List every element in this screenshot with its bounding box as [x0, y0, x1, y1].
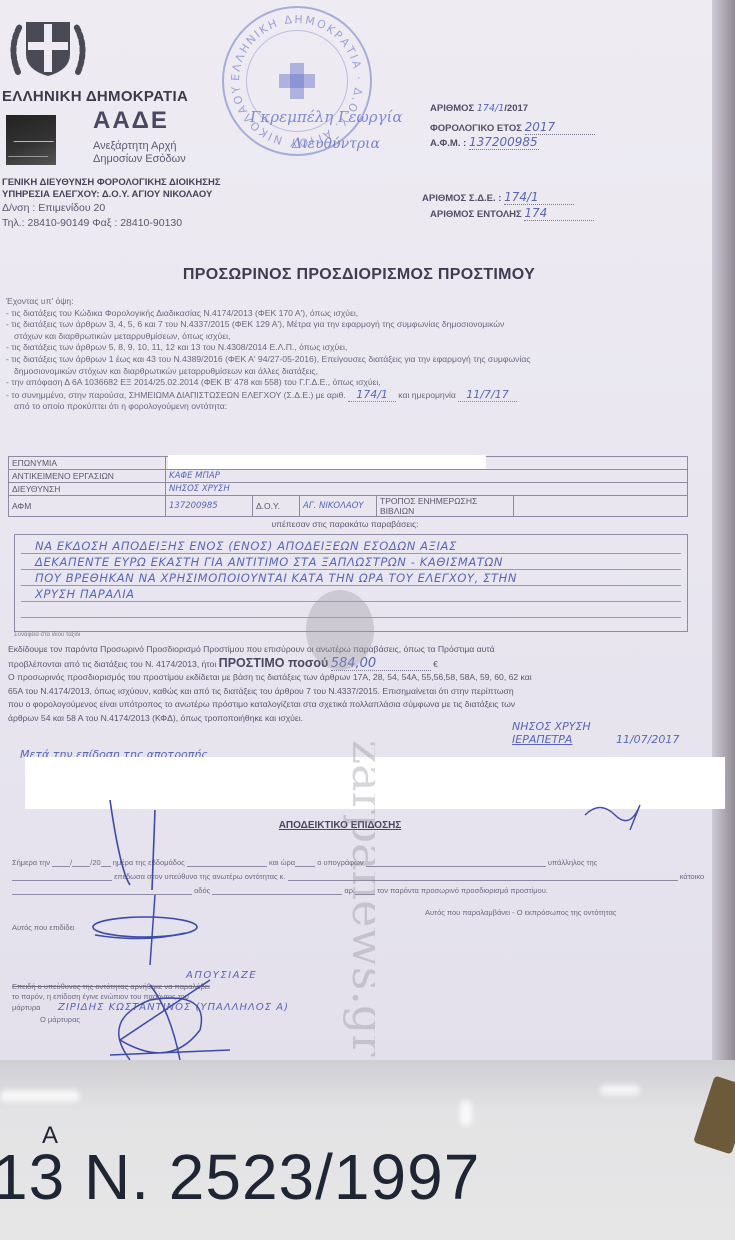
- svg-text:zarpanews.gr: zarpanews.gr: [342, 740, 375, 1056]
- doc-number-value: 174/1: [477, 103, 504, 114]
- stamp-role: Διευθύντρια: [292, 136, 380, 152]
- legal-line: - την απόφαση Δ 6Α 1036682 ΕΞ 2014/25.02…: [6, 377, 706, 389]
- law-reference-label: 13Α Ν. 2523/1997: [0, 1140, 480, 1214]
- issue-date: 11/07/2017: [616, 733, 679, 746]
- republic-heading: ΕΛΛΗΝΙΚΗ ΔΗΜΟΚΡΑΤΙΑ: [2, 88, 188, 105]
- law-number: Ν. 2523/1997: [84, 1141, 480, 1213]
- sde-label: ΑΡΙΘΜΟΣ Σ.Δ.Ε. :: [422, 193, 501, 204]
- legal-line: στόχων και διαρθρωτικών μεταρρυθμίσεων, …: [6, 331, 706, 343]
- afm-label: Α.Φ.Μ. :: [430, 138, 466, 149]
- legal-line: Έχοντας υπ' όψη:: [6, 296, 706, 308]
- receipt-text: κάτοικο: [680, 872, 705, 881]
- row-label: ΑΝΤΙΚΕΙΜΕΝΟ ΕΡΓΑΣΙΩΝ: [9, 470, 166, 483]
- receipt-text: Σήμερα την: [12, 858, 50, 867]
- receipt-text: /20: [90, 858, 100, 867]
- sde-ref-date: 11/7/17: [458, 388, 516, 402]
- agency-subtitle: Ανεξάρτητη Αρχή Δημοσίων Εσόδων: [93, 140, 186, 166]
- table-row: ΑΦΜ 137200985 Δ.Ο.Υ. ΑΓ. ΝΙΚΟΛΑΟΥ ΤΡΟΠΟΣ…: [9, 496, 688, 517]
- violation-note: Συνάφεια στα ίδιου ταξίδι: [14, 632, 80, 638]
- legal-line: - τις διατάξεις των άρθρων 1 έως και 43 …: [6, 354, 706, 366]
- sde-number: ΑΡΙΘΜΟΣ Σ.Δ.Ε. : 174/1: [422, 190, 574, 205]
- receipt-text: ημέρα της εβδομάδος: [113, 858, 185, 867]
- receipt-text: επέδωσα στον υπεύθυνο της ανωτέρω οντότη…: [114, 872, 285, 881]
- tax-year-value: 2017: [525, 120, 595, 135]
- giver-label: Αυτός που επιδίδει: [12, 923, 75, 932]
- refusal-line-3: μάρτυρα: [12, 1003, 40, 1012]
- row-label: ΔΙΕΥΘΥΝΣΗ: [9, 483, 166, 496]
- violation-line: ΧΡΥΣΗ ΠΑΡΑΛΙΑ: [35, 587, 135, 601]
- issue-place-2: ΙΕΡΑΠΕΤΡΑ: [512, 733, 572, 746]
- receipt-text: οδός: [194, 886, 210, 895]
- address: Δ/νση : Επιμενίδου 20: [2, 201, 182, 216]
- legal-basis: Έχοντας υπ' όψη: - τις διατάξεις του Κώδ…: [6, 296, 706, 413]
- order-value: 174: [524, 206, 594, 221]
- legal-line: - τις διατάξεις του Κώδικα Φορολογικής Δ…: [6, 308, 706, 320]
- violation-line: ΠΟΥ ΒΡΕΘΗΚΑΝ ΝΑ ΧΡΗΣΙΜΟΠΟΙΟΥΝΤΑΙ ΚΑΤΑ ΤΗ…: [35, 571, 517, 585]
- row-label: ΕΠΩΝΥΜΙΑ: [9, 457, 166, 470]
- agency-name: ΑΑΔΕ: [93, 107, 169, 135]
- violation-line: ΝΑ ΕΚΔΟΣΗ ΑΠΟΔΕΙΞΗΣ ΕΝΟΣ (ΕΝΟΣ) ΑΠΟΔΕΙΞΕ…: [35, 539, 457, 553]
- afm-value: 137200985: [469, 135, 539, 150]
- refusal-line-1: Επειδή ο υπεύθυνος της οντότητας αρνήθηκ…: [12, 982, 210, 991]
- page-edge-shadow: [712, 0, 735, 1080]
- legal-line: - τις διατάξεις των άρθρων 3, 4, 5, 6 κα…: [6, 319, 706, 331]
- doy-value: ΑΓ. ΝΙΚΟΛΑΟΥ: [300, 496, 377, 517]
- rule-line: [21, 569, 681, 570]
- receipt-text: υπάλληλος της: [548, 858, 597, 867]
- glare: [460, 1100, 472, 1126]
- row-value: ΝΗΣΟΣ ΧΡΥΣΗ: [166, 483, 688, 496]
- receipt-line-3: οδός αρ. τον παρόντα προσωρινό προσδιορι…: [12, 886, 548, 895]
- phone-fax: Τηλ.: 28410-90149 Φαξ : 28410-90130: [2, 216, 182, 231]
- legal-line: δημοσιονομικών στόχων και διαρθρωτικών μ…: [6, 366, 706, 378]
- books-value: [514, 496, 688, 517]
- row-value: ΚΑΦΕ ΜΠΑΡ: [166, 470, 688, 483]
- agency-subtitle-line1: Ανεξάρτητη Αρχή: [93, 140, 186, 153]
- violation-line: ΔΕΚΑΠΕΝΤΕ ΕΥΡΩ ΕΚΑΣΤΗ ΓΙΑ ΑΝΤΙΤΙΜΟ ΣΤΑ Ξ…: [35, 555, 503, 569]
- doc-number-label: ΑΡΙΘΜΟΣ: [430, 103, 474, 114]
- sde-value: 174/1: [504, 190, 574, 205]
- row-value: 137200985: [166, 496, 253, 517]
- directorate-name: ΓΕΝΙΚΗ ΔΙΕΥΘΥΝΣΗ ΦΟΡΟΛΟΓΙΚΗΣ ΔΙΟΙΚΗΣΗΣ: [2, 177, 221, 189]
- table-row: ΑΝΤΙΚΕΙΜΕΝΟ ΕΡΓΑΣΙΩΝ ΚΑΦΕ ΜΠΑΡ: [9, 470, 688, 483]
- sde-ref-number: 174/1: [348, 388, 396, 402]
- order-label: ΑΡΙΘΜΟΣ ΕΝΤΟΛΗΣ: [430, 209, 522, 220]
- receiver-label: Αυτός που παραλαμβάνει - Ο εκπρόσωπος τη…: [425, 908, 616, 917]
- watermark-logo: zarpanews.gr: [305, 590, 375, 1070]
- glare: [600, 1085, 640, 1095]
- tax-year: ΦΟΡΟΛΟΓΙΚΟ ΕΤΟΣ 2017: [430, 120, 595, 135]
- doc-number-year: /2017: [504, 103, 528, 114]
- stamp-signature: Γκρεμπέλη Γεωργία: [250, 108, 403, 126]
- refusal-handwritten: ΑΠΟΥΣΙΑΖΕ: [186, 970, 257, 981]
- agency-subtitle-line2: Δημοσίων Εσόδων: [93, 153, 186, 166]
- books-label: ΤΡΟΠΟΣ ΕΝΗΜΕΡΩΣΗΣ ΒΙΒΛΙΩΝ: [377, 496, 514, 517]
- redaction-company-name: [168, 455, 486, 469]
- legal-line: - το συνημμένο, στην παρούσα, ΣΗΜΕΙΩΜΑ Δ…: [6, 390, 346, 400]
- row-label: ΑΦΜ: [9, 496, 166, 517]
- redaction-block: [25, 757, 725, 809]
- rule-line: [21, 585, 681, 586]
- legal-line-sde: - το συνημμένο, στην παρούσα, ΣΗΜΕΙΩΜΑ Δ…: [6, 389, 706, 402]
- official-stamp: ΕΛΛΗΝΙΚΗ ΔΗΜΟΚΡΑΤΙΑ · Δ.Ο.Υ. ΑΓΙΟΥ ΝΙΚΟΛ…: [222, 6, 372, 156]
- article-superscript: Α: [42, 1122, 59, 1150]
- aade-logo: [6, 115, 56, 165]
- doc-number: ΑΡΙΘΜΟΣ 174/1/2017: [430, 103, 528, 114]
- violations-label: υπέπεσαν στις παρακάτω παραβάσεις:: [180, 519, 510, 529]
- doy-label: Δ.Ο.Υ.: [253, 496, 300, 517]
- tax-year-label: ΦΟΡΟΛΟΓΙΚΟ ΕΤΟΣ: [430, 123, 522, 134]
- legal-line: από το οποίο προκύπτει ότι η φορολογούμε…: [6, 401, 706, 413]
- rule-line: [21, 553, 681, 554]
- greek-coat-of-arms-icon: [6, 12, 90, 84]
- receipt-text: τον παρόντα προσωρινό προσδιορισμό προστ…: [377, 886, 548, 895]
- sde-ref-date-label: και ημερομηνία: [398, 390, 456, 400]
- contact-block: Δ/νση : Επιμενίδου 20 Τηλ.: 28410-90149 …: [2, 201, 182, 231]
- order-number: ΑΡΙΘΜΟΣ ΕΝΤΟΛΗΣ 174: [430, 206, 594, 221]
- service-name: ΥΠΗΡΕΣΙΑ ΕΛΕΓΧΟΥ: Δ.Ο.Υ. ΑΓΙΟΥ ΝΙΚΟΛΑΟΥ: [2, 189, 221, 201]
- witness-label: Ο μάρτυρας: [40, 1015, 80, 1024]
- refusal-line-2: το παρόν, η επίδοση έγινε ενώπιον του πα…: [12, 992, 189, 1001]
- document-title: ΠΡΟΣΩΡΙΝΟΣ ΠΡΟΣΔΙΟΡΙΣΜΟΣ ΠΡΟΣΤΙΜΟΥ: [0, 266, 718, 284]
- issue-place: ΝΗΣΟΣ ΧΡΥΣΗ: [512, 720, 591, 733]
- directorate-block: ΓΕΝΙΚΗ ΔΙΕΥΘΥΝΣΗ ΦΟΡΟΛΟΓΙΚΗΣ ΔΙΟΙΚΗΣΗΣ Υ…: [2, 177, 221, 201]
- legal-line: - τις διατάξεις των άρθρων 5, 8, 9, 10, …: [6, 342, 706, 354]
- article-number: 13: [0, 1141, 65, 1213]
- fine-text-line: προβλέπονται από τις διατάξεις του Ν. 41…: [8, 659, 216, 669]
- fine-currency: €: [433, 659, 438, 669]
- afm: Α.Φ.Μ. : 137200985: [430, 135, 539, 150]
- witness-handwritten: ΖΙΡΙΔΗΣ ΚΩΣΤΑΝΤΙΝΟΣ (ΥΠΑΛΛΗΛΟΣ Α): [58, 1002, 289, 1013]
- issue-place-date: ΙΕΡΑΠΕΤΡΑ 11/07/2017: [512, 733, 679, 746]
- glare: [0, 1090, 80, 1102]
- receipt-text: και ώρα: [269, 858, 295, 867]
- table-row: ΔΙΕΥΘΥΝΣΗ ΝΗΣΟΣ ΧΡΥΣΗ: [9, 483, 688, 496]
